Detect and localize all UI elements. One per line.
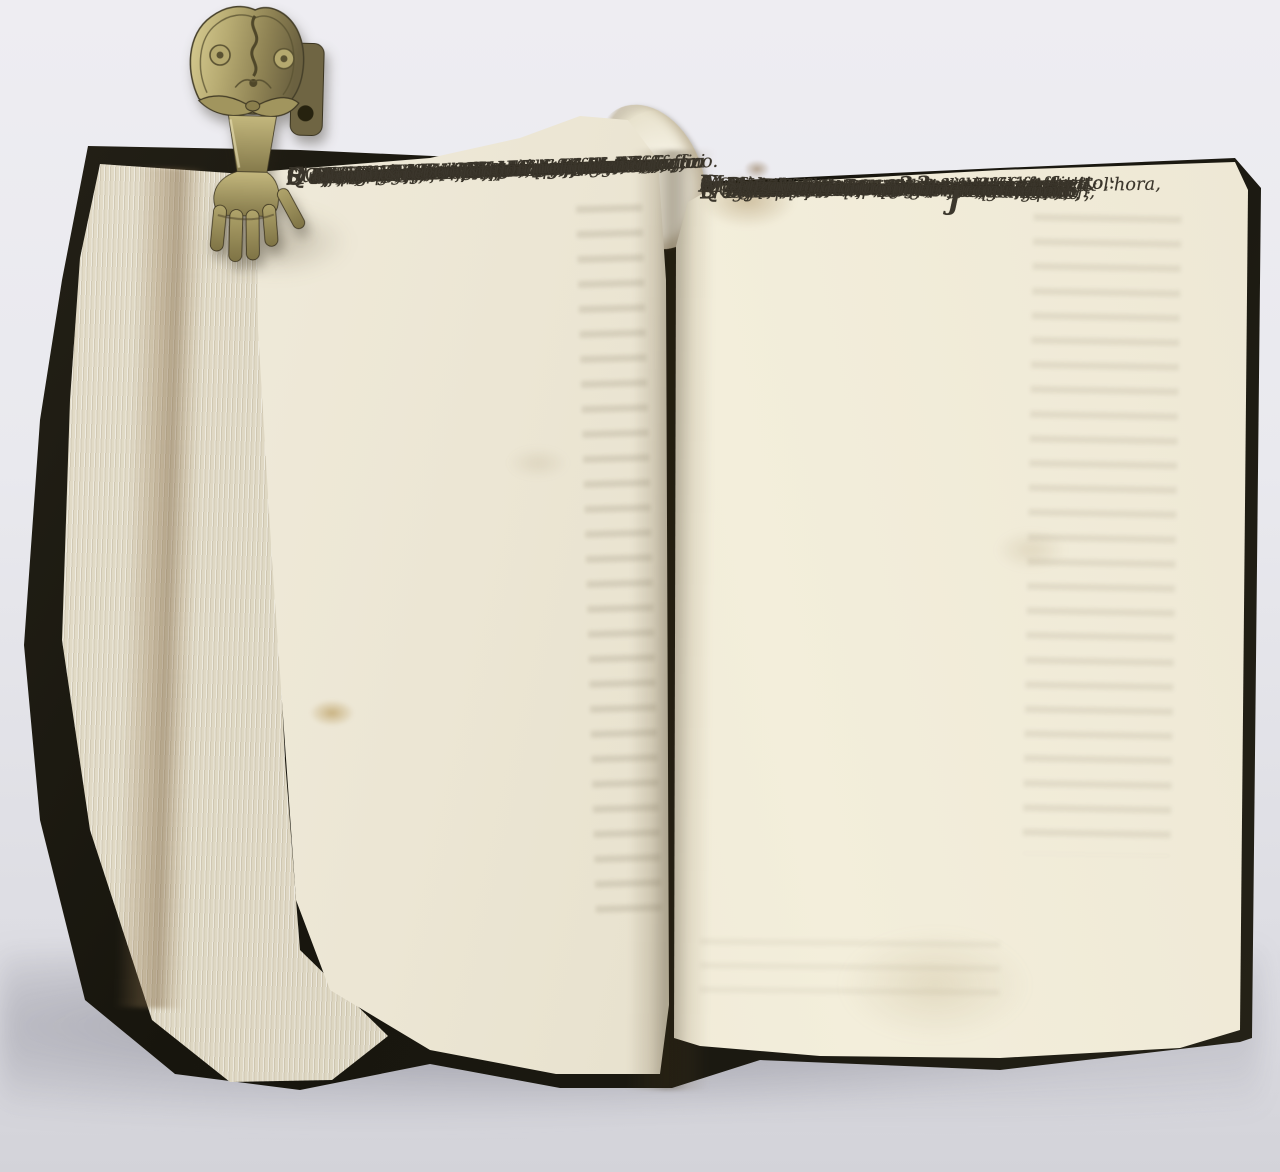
stain: [310, 700, 354, 726]
stain: [840, 930, 1030, 1040]
hand-clip-graphic: [161, 0, 348, 266]
stain: [996, 530, 1066, 570]
signature-mark: J: [699, 181, 960, 217]
photo-of-open-book: SONETTO XCIIII. S' al ſaſſo, oue fu chiu…: [0, 0, 1280, 1172]
brass-hand-page-clip: [161, 0, 348, 266]
stain: [508, 448, 568, 478]
